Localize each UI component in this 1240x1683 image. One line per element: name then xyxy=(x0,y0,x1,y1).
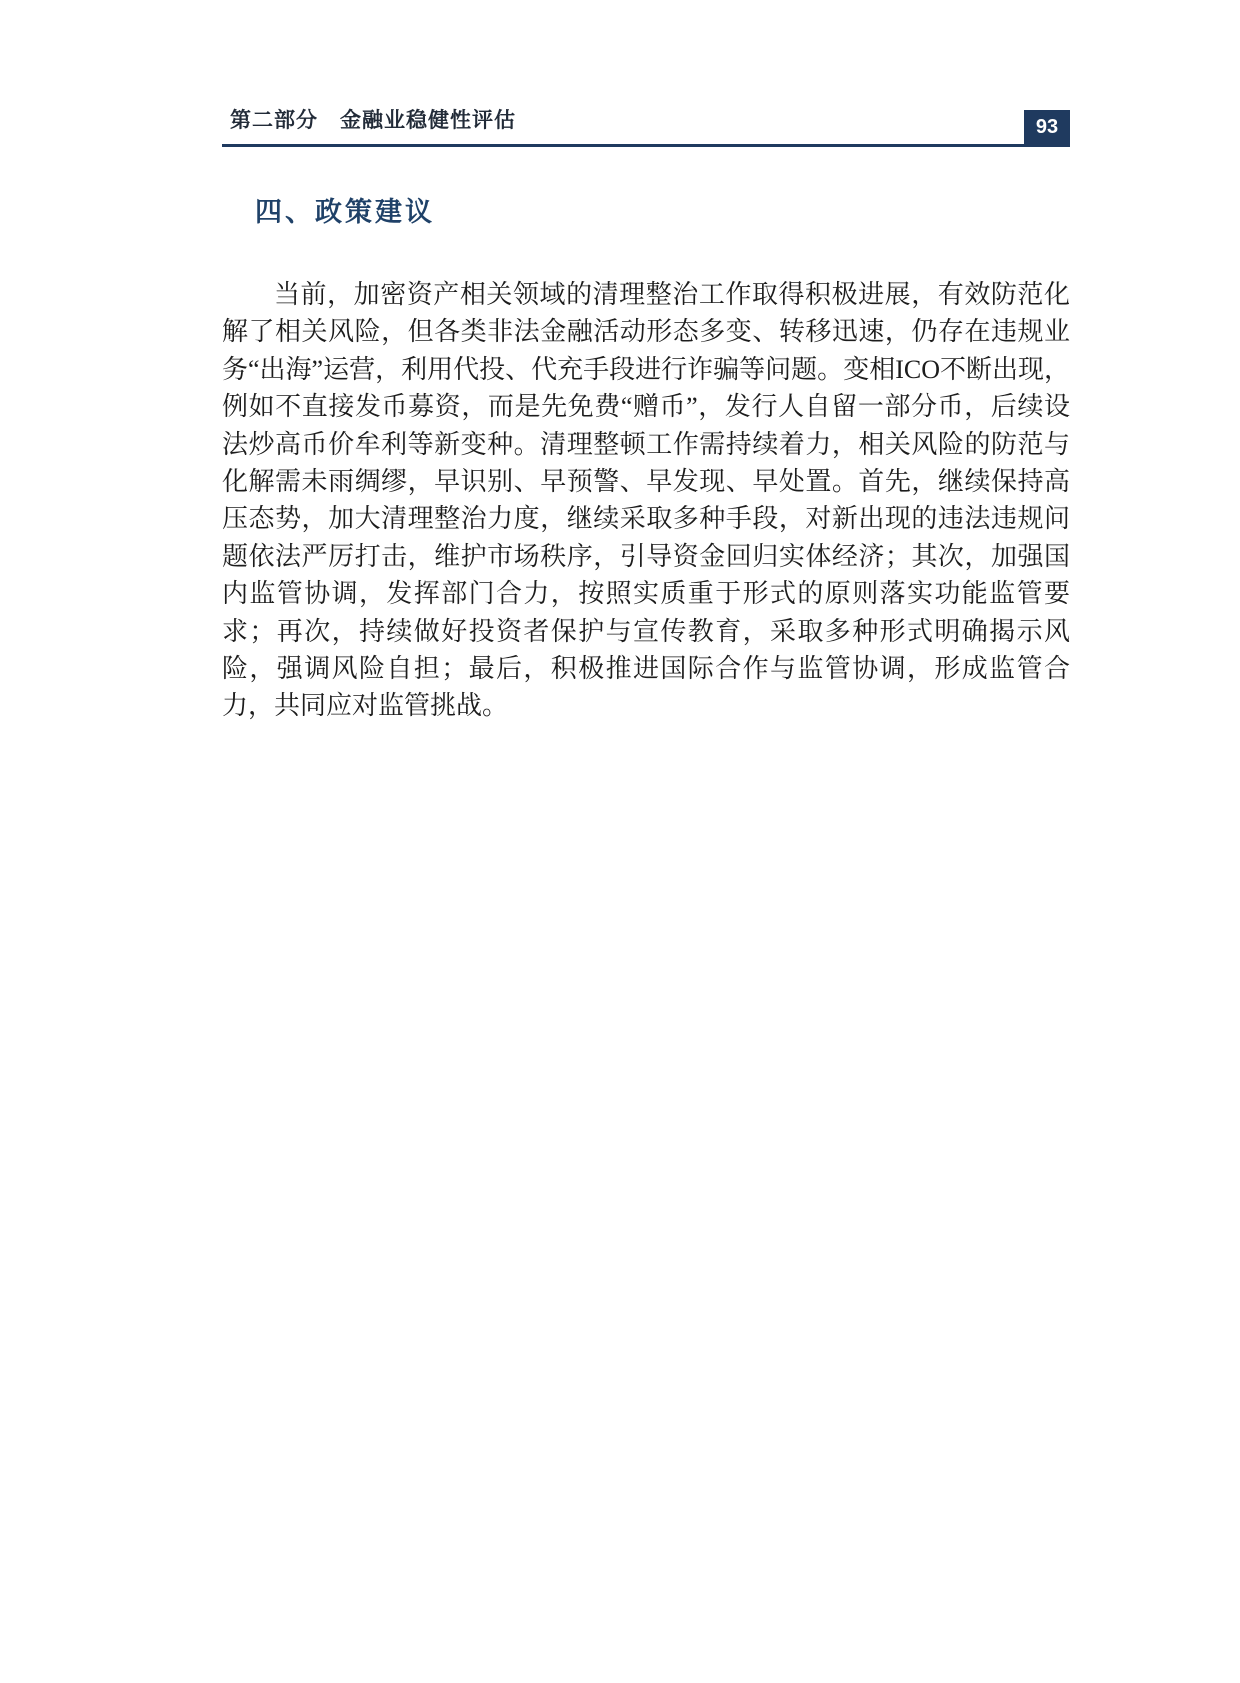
header-rule xyxy=(222,144,1070,147)
running-header: 第二部分金融业稳健性评估 xyxy=(230,104,516,134)
page-header: 第二部分金融业稳健性评估 93 xyxy=(222,100,1070,148)
document-page: 第二部分金融业稳健性评估 93 四、政策建议 当前，加密资产相关领域的清理整治工… xyxy=(0,0,1240,1683)
page-number-badge: 93 xyxy=(1024,110,1070,144)
body-text-block: 当前，加密资产相关领域的清理整治工作取得积极进展，有效防范化解了相关风险，但各类… xyxy=(222,276,1070,725)
header-section-label: 第二部分 xyxy=(230,109,318,132)
policy-paragraph: 当前，加密资产相关领域的清理整治工作取得积极进展，有效防范化解了相关风险，但各类… xyxy=(222,276,1070,725)
header-section-title: 金融业稳健性评估 xyxy=(340,109,516,132)
section-heading: 四、政策建议 xyxy=(255,190,435,229)
page-number: 93 xyxy=(1036,116,1058,139)
